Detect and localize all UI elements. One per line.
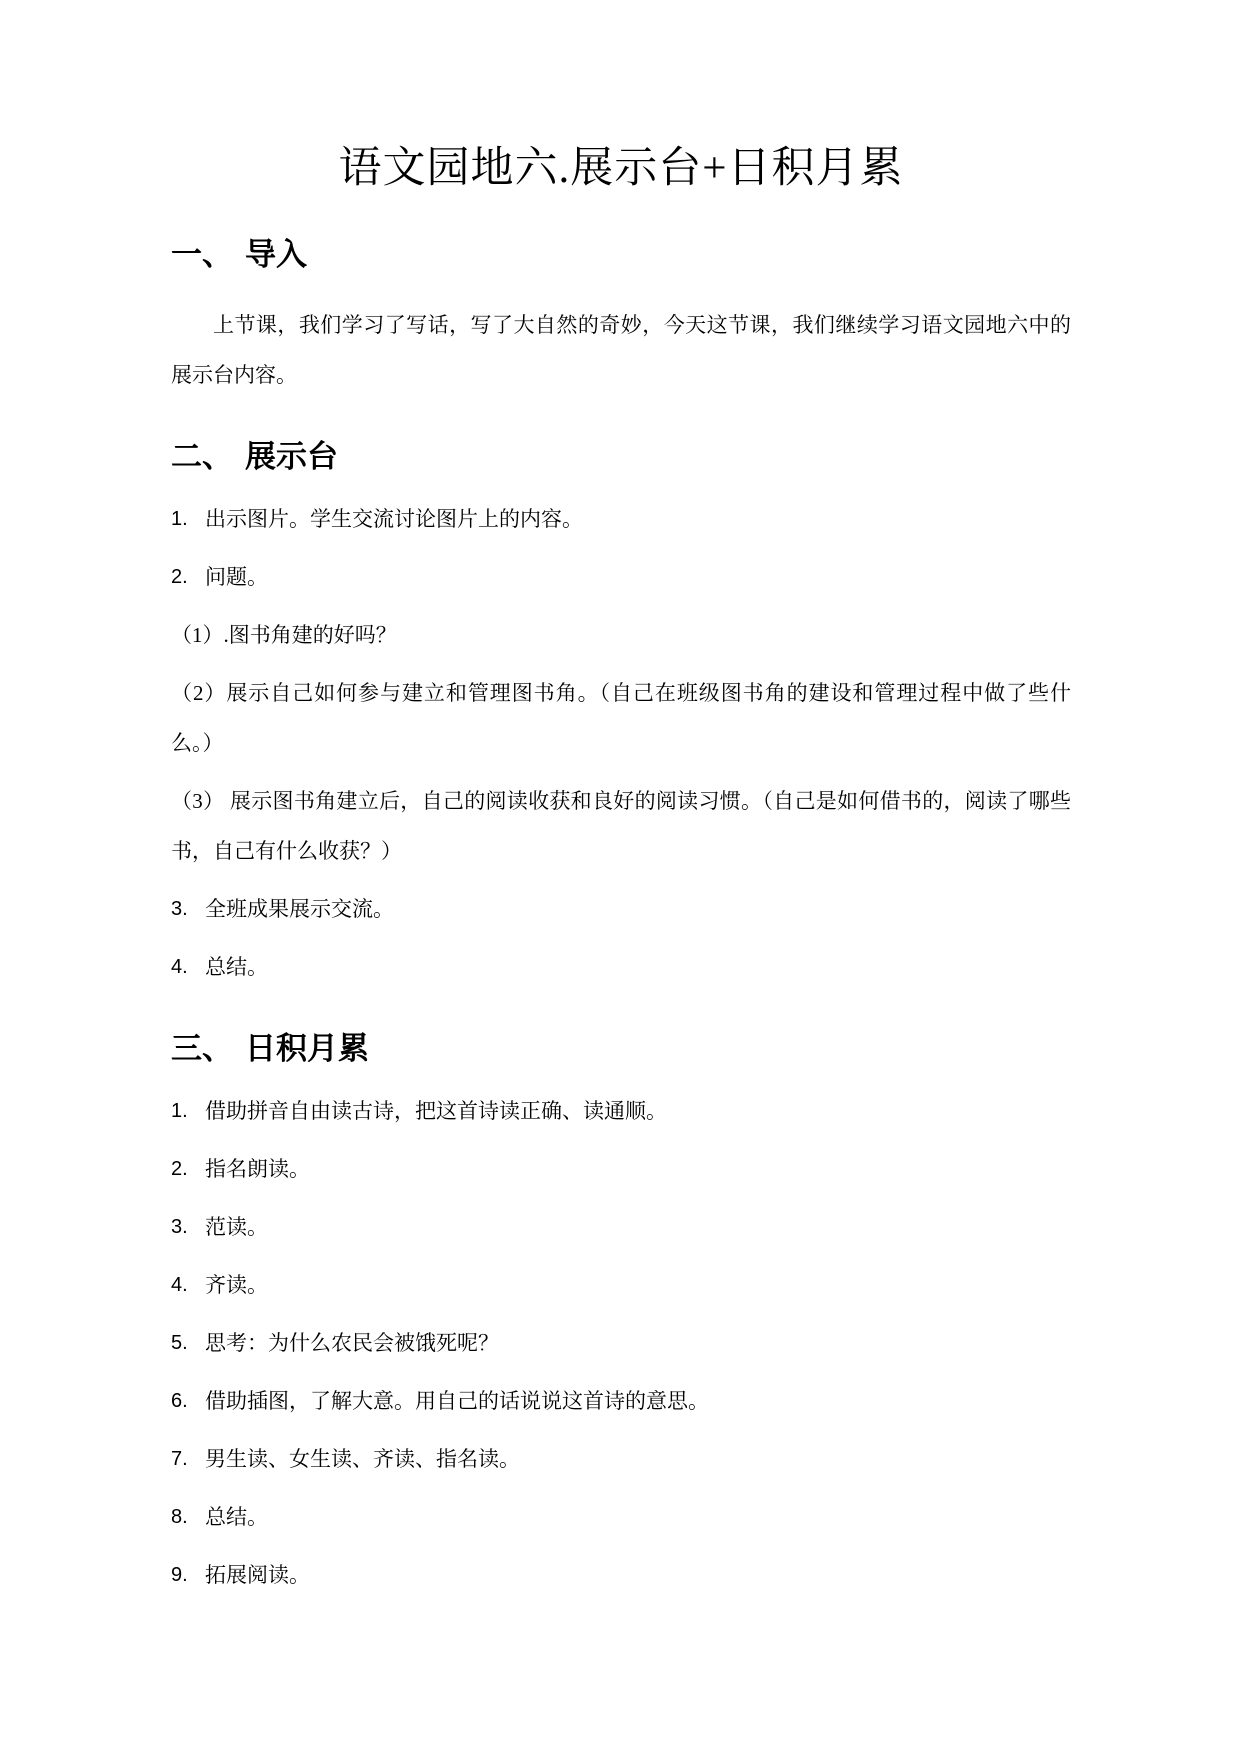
list-text: 范读。: [205, 1202, 1071, 1252]
list-text: 思考：为什么农民会被饿死呢？: [205, 1318, 1071, 1368]
list-marker: 2.: [171, 552, 205, 602]
section-heading-text: 导入: [245, 237, 307, 272]
section-heading-text: 日积月累: [245, 1031, 369, 1066]
list-item: 9. 拓展阅读。: [171, 1550, 1071, 1600]
list-item: 1. 出示图片。学生交流讨论图片上的内容。: [171, 494, 1071, 544]
list-text: 指名朗读。: [205, 1144, 1071, 1194]
section-number: 二、: [171, 434, 233, 480]
list-text: 出示图片。学生交流讨论图片上的内容。: [205, 494, 1071, 544]
list-item: 4. 总结。: [171, 942, 1071, 992]
list-marker: 4.: [171, 1260, 205, 1310]
list-text: 问题。: [205, 552, 1071, 602]
section-accumulation: 三、日积月累 1. 借助拼音自由读古诗，把这首诗读正确、读通顺。 2. 指名朗读…: [171, 1026, 1071, 1600]
list-item: 6. 借助插图，了解大意。用自己的话说说这首诗的意思。: [171, 1376, 1071, 1426]
list-item: 4. 齐读。: [171, 1260, 1071, 1310]
list-marker: 4.: [171, 942, 205, 992]
list-item: 7. 男生读、女生读、齐读、指名读。: [171, 1434, 1071, 1484]
section-heading: 一、导入: [171, 232, 1071, 278]
list-text: 借助插图，了解大意。用自己的话说说这首诗的意思。: [205, 1376, 1071, 1426]
section-heading: 二、展示台: [171, 434, 1071, 480]
list-item: 1. 借助拼音自由读古诗，把这首诗读正确、读通顺。: [171, 1086, 1071, 1136]
item-list: 1. 借助拼音自由读古诗，把这首诗读正确、读通顺。 2. 指名朗读。 3. 范读…: [171, 1086, 1071, 1600]
list-marker: 8.: [171, 1492, 205, 1542]
list-text: 总结。: [205, 1492, 1071, 1542]
list-item: （1）.图书角建的好吗？: [171, 610, 1071, 660]
document-page: 语文园地六.展示台+日积月累 一、导入 上节课，我们学习了写话，写了大自然的奇妙…: [0, 0, 1241, 1754]
list-text: 拓展阅读。: [205, 1550, 1071, 1600]
list-item: （2）展示自己如何参与建立和管理图书角。（自己在班级图书角的建设和管理过程中做了…: [171, 668, 1071, 768]
list-marker: 9.: [171, 1550, 205, 1600]
list-item: （3） 展示图书角建立后，自己的阅读收获和良好的阅读习惯。（自己是如何借书的，阅…: [171, 776, 1071, 876]
list-item: 2. 指名朗读。: [171, 1144, 1071, 1194]
list-item: 8. 总结。: [171, 1492, 1071, 1542]
section-heading-text: 展示台: [245, 439, 338, 474]
list-text: 全班成果展示交流。: [205, 884, 1071, 934]
list-marker: 3.: [171, 884, 205, 934]
section-display: 二、展示台 1. 出示图片。学生交流讨论图片上的内容。 2. 问题。 （1）.图…: [171, 434, 1071, 992]
item-list: 1. 出示图片。学生交流讨论图片上的内容。 2. 问题。 （1）.图书角建的好吗…: [171, 494, 1071, 992]
section-number: 三、: [171, 1026, 233, 1072]
section-heading: 三、日积月累: [171, 1026, 1071, 1072]
list-text: 男生读、女生读、齐读、指名读。: [205, 1434, 1071, 1484]
list-item: 5. 思考：为什么农民会被饿死呢？: [171, 1318, 1071, 1368]
section-intro: 一、导入 上节课，我们学习了写话，写了大自然的奇妙，今天这节课，我们继续学习语文…: [171, 232, 1071, 400]
page-title: 语文园地六.展示台+日积月累: [171, 140, 1071, 198]
list-text: 齐读。: [205, 1260, 1071, 1310]
section-number: 一、: [171, 232, 233, 278]
list-marker: 5.: [171, 1318, 205, 1368]
list-marker: 6.: [171, 1376, 205, 1426]
list-text: 借助拼音自由读古诗，把这首诗读正确、读通顺。: [205, 1086, 1071, 1136]
list-marker: 1.: [171, 1086, 205, 1136]
list-marker: 2.: [171, 1144, 205, 1194]
list-item: 3. 范读。: [171, 1202, 1071, 1252]
list-item: 2. 问题。: [171, 552, 1071, 602]
list-marker: 7.: [171, 1434, 205, 1484]
paragraph: 上节课，我们学习了写话，写了大自然的奇妙，今天这节课，我们继续学习语文园地六中的…: [171, 300, 1071, 400]
list-text: 总结。: [205, 942, 1071, 992]
list-marker: 3.: [171, 1202, 205, 1252]
list-item: 3. 全班成果展示交流。: [171, 884, 1071, 934]
list-marker: 1.: [171, 494, 205, 544]
